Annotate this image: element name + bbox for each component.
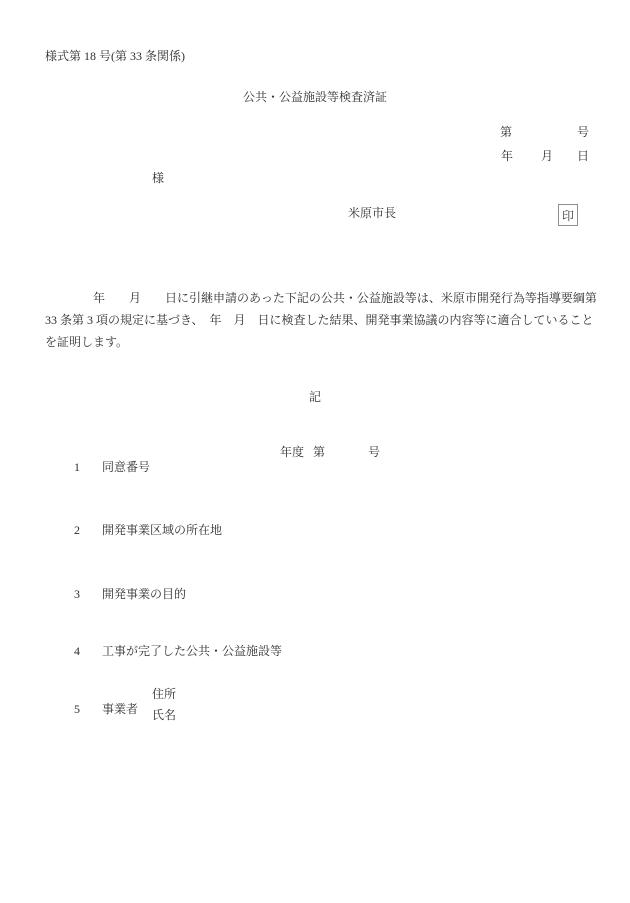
consent-number-prefix: 第 [313, 443, 325, 460]
fiscal-year-label: 年度 [280, 443, 304, 460]
document-page: 様式第 18 号(第 33 条関係) 公共・公益施設等検査済証 第 号 年 月 … [0, 0, 630, 903]
issuer-name: 米原市長 [348, 204, 396, 221]
body-line-1: 年 月 日に引継申請のあった下記の公共・公益施設等は、米原市開発行為等指導要綱第 [45, 287, 597, 309]
date-year-label: 年 [501, 147, 513, 164]
item-number: 2 [74, 523, 102, 538]
body-line-3: を証明します。 [45, 331, 597, 353]
item-number: 1 [74, 460, 102, 475]
date-month-label: 月 [541, 147, 553, 164]
item-number: 3 [74, 587, 102, 602]
date-day-label: 日 [577, 147, 589, 164]
doc-number-prefix: 第 [500, 123, 512, 140]
item-label: 開発事業の目的 [102, 587, 186, 601]
body-paragraph: 年 月 日に引継申請のあった下記の公共・公益施設等は、米原市開発行為等指導要綱第… [45, 287, 597, 353]
item-number: 4 [74, 644, 102, 659]
item-label: 開発事業区域の所在地 [102, 523, 222, 537]
list-item-project-purpose: 3開発事業の目的 [62, 570, 186, 617]
item-number: 5 [74, 702, 102, 717]
seal-mark: 印 [558, 204, 578, 226]
operator-name-label: 氏名 [152, 706, 176, 723]
list-item-consent-number: 1同意番号 [62, 443, 150, 490]
consent-number-suffix: 号 [368, 443, 380, 460]
addressee-honorific: 様 [152, 169, 164, 186]
item-label: 事業者 [102, 702, 138, 716]
body-line-2: 33 条第 3 項の規定に基づき、 年 月 日に検査した結果、開発事業協議の内容… [45, 309, 597, 331]
operator-address-label: 住所 [152, 685, 176, 702]
section-marker: 記 [0, 388, 630, 405]
item-label: 工事が完了した公共・公益施設等 [102, 644, 282, 658]
list-item-site-location: 2開発事業区域の所在地 [62, 506, 222, 553]
form-number: 様式第 18 号(第 33 条関係) [45, 47, 185, 64]
doc-number-suffix: 号 [577, 123, 589, 140]
list-item-completed-facilities: 4工事が完了した公共・公益施設等 [62, 627, 282, 674]
item-label: 同意番号 [102, 460, 150, 474]
list-item-business-operator: 5事業者 [62, 685, 138, 732]
page-title: 公共・公益施設等検査済証 [0, 88, 630, 105]
seal-character: 印 [562, 207, 574, 224]
